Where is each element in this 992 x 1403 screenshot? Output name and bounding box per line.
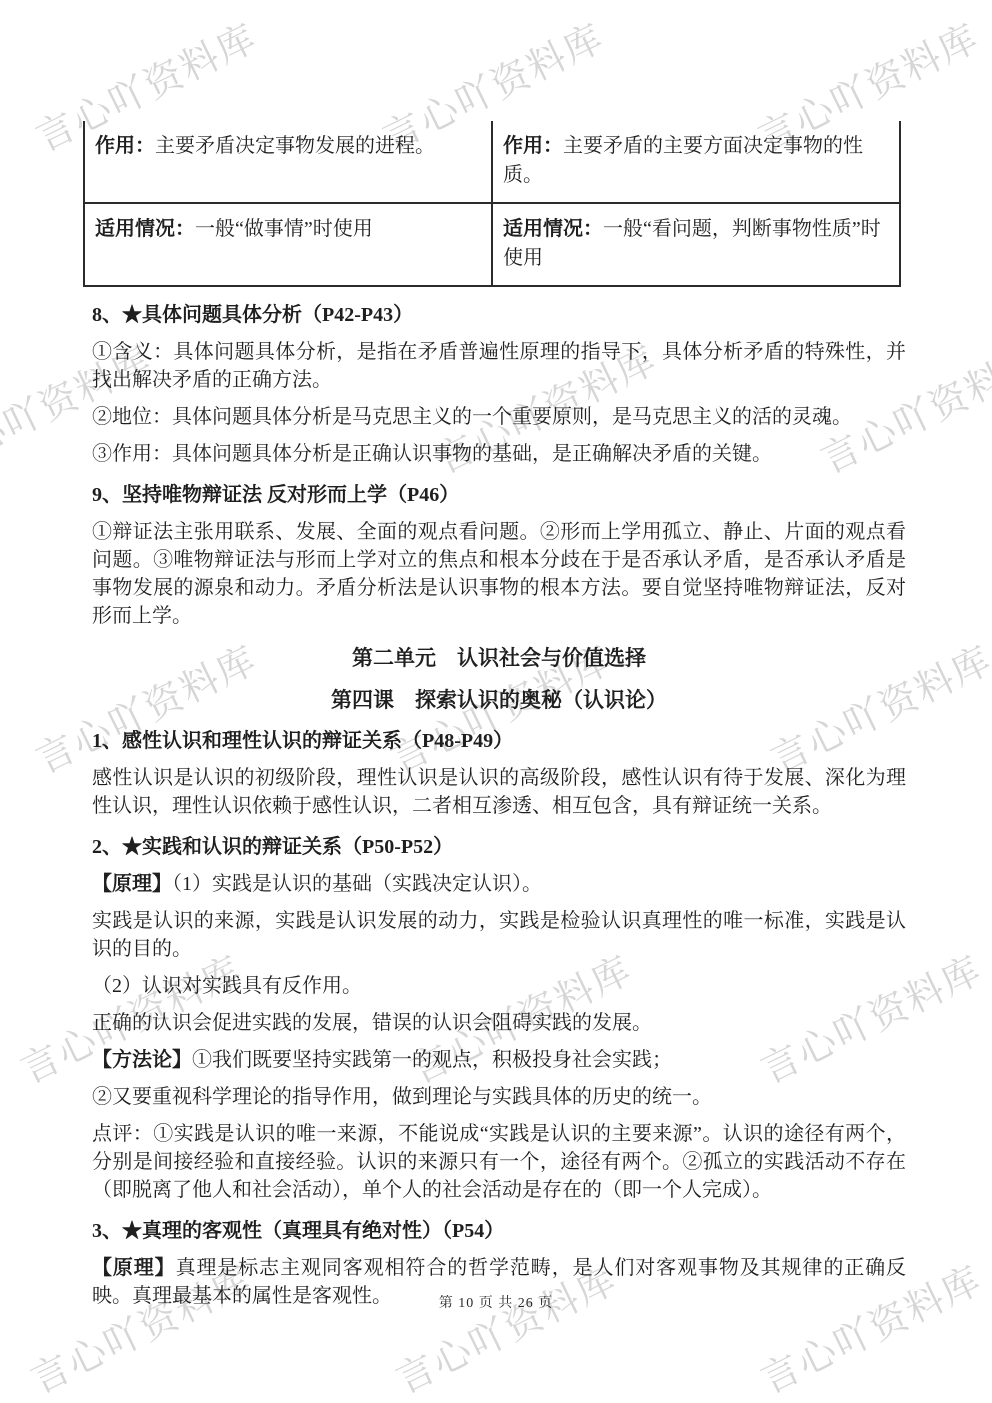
paragraph-principle-1: 【原理】（1）实践是认识的基础（实践决定认识）。 <box>92 870 906 898</box>
unit-title: 第二单元 认识社会与价值选择 <box>92 644 906 672</box>
paragraph-meaning: ①含义：具体问题具体分析，是指在矛盾普遍性原理的指导下，具体分析矛盾的特殊性，并… <box>92 338 906 394</box>
table-cell-role-left: 作用：主要矛盾决定事物发展的进程。 <box>84 121 492 203</box>
paragraph-dialectics: ①辩证法主张用联系、发展、全面的观点看问题。②形而上学用孤立、静止、片面的观点看… <box>92 518 906 630</box>
document-content: 作用：主要矛盾决定事物发展的进程。 作用：主要矛盾的主要方面决定事物的性质。 适… <box>0 0 992 1319</box>
table-row: 作用：主要矛盾决定事物发展的进程。 作用：主要矛盾的主要方面决定事物的性质。 <box>84 121 900 203</box>
table-row: 适用情况：一般“做事情”时使用 适用情况：一般“看问题，判断事物性质”时使用 <box>84 203 900 286</box>
paragraph-correct-cognition: 正确的认识会促进实践的发展，错误的认识会阻碍实践的发展。 <box>92 1009 906 1037</box>
document-page: 言心吖资料库 言心吖资料库 言心吖资料库 言心吖资料库 言心吖资料库 言心吖资料… <box>0 0 992 1403</box>
paragraph-counter-effect: （2）认识对实践具有反作用。 <box>92 972 906 1000</box>
cell-label: 作用： <box>95 135 155 157</box>
paragraph-perceptual-rational: 感性认识是认识的初级阶段，理性认识是认识的高级阶段，感性认识有待于发展、深化为理… <box>92 764 906 820</box>
paragraph-theory-guidance: ②又要重视科学理论的指导作用，做到理论与实践具体的历史的统一。 <box>92 1083 906 1111</box>
cell-label: 适用情况： <box>95 218 195 240</box>
table-cell-usage-right: 适用情况：一般“看问题，判断事物性质”时使用 <box>492 203 900 286</box>
paragraph-comment: 点评：①实践是认识的唯一来源，不能说成“实践是认识的主要来源”。认识的途径有两个… <box>92 1120 906 1204</box>
paragraph-status: ②地位：具体问题具体分析是马克思主义的一个重要原则，是马克思主义的活的灵魂。 <box>92 403 906 431</box>
cell-text: 主要矛盾决定事物发展的进程。 <box>155 135 435 157</box>
lesson-title: 第四课 探索认识的奥秘（认识论） <box>92 686 906 714</box>
comparison-table: 作用：主要矛盾决定事物发展的进程。 作用：主要矛盾的主要方面决定事物的性质。 适… <box>83 121 901 287</box>
table-cell-role-right: 作用：主要矛盾的主要方面决定事物的性质。 <box>492 121 900 203</box>
paragraph-practice-source: 实践是认识的来源，实践是认识发展的动力，实践是检验认识真理性的唯一标准，实践是认… <box>92 907 906 963</box>
section-heading-8: 8、★具体问题具体分析（P42-P43） <box>92 301 906 329</box>
paragraph-role: ③作用：具体问题具体分析是正确认识事物的基础，是正确解决矛盾的关键。 <box>92 440 906 468</box>
methodology-text: ①我们既要坚持实践第一的观点，积极投身社会实践； <box>192 1049 672 1071</box>
section-heading-3: 3、★真理的客观性（真理具有绝对性）（P54） <box>92 1217 906 1245</box>
principle-text: （1）实践是认识的基础（实践决定认识）。 <box>172 873 542 895</box>
cell-label: 适用情况： <box>503 218 603 240</box>
principle-label: 【原理】 <box>92 873 172 895</box>
section-heading-9: 9、坚持唯物辩证法 反对形而上学（P46） <box>92 481 906 509</box>
section-heading-2: 2、★实践和认识的辩证关系（P50-P52） <box>92 833 906 861</box>
principle-label: 【原理】 <box>92 1257 176 1279</box>
table-cell-usage-left: 适用情况：一般“做事情”时使用 <box>84 203 492 286</box>
cell-label: 作用： <box>503 135 563 157</box>
section-heading-1: 1、感性认识和理性认识的辩证关系（P48-P49） <box>92 727 906 755</box>
methodology-label: 【方法论】 <box>92 1049 192 1071</box>
cell-text: 一般“做事情”时使用 <box>195 218 373 240</box>
page-footer: 第 10 页 共 26 页 <box>0 1292 992 1312</box>
paragraph-methodology: 【方法论】①我们既要坚持实践第一的观点，积极投身社会实践； <box>92 1046 906 1074</box>
